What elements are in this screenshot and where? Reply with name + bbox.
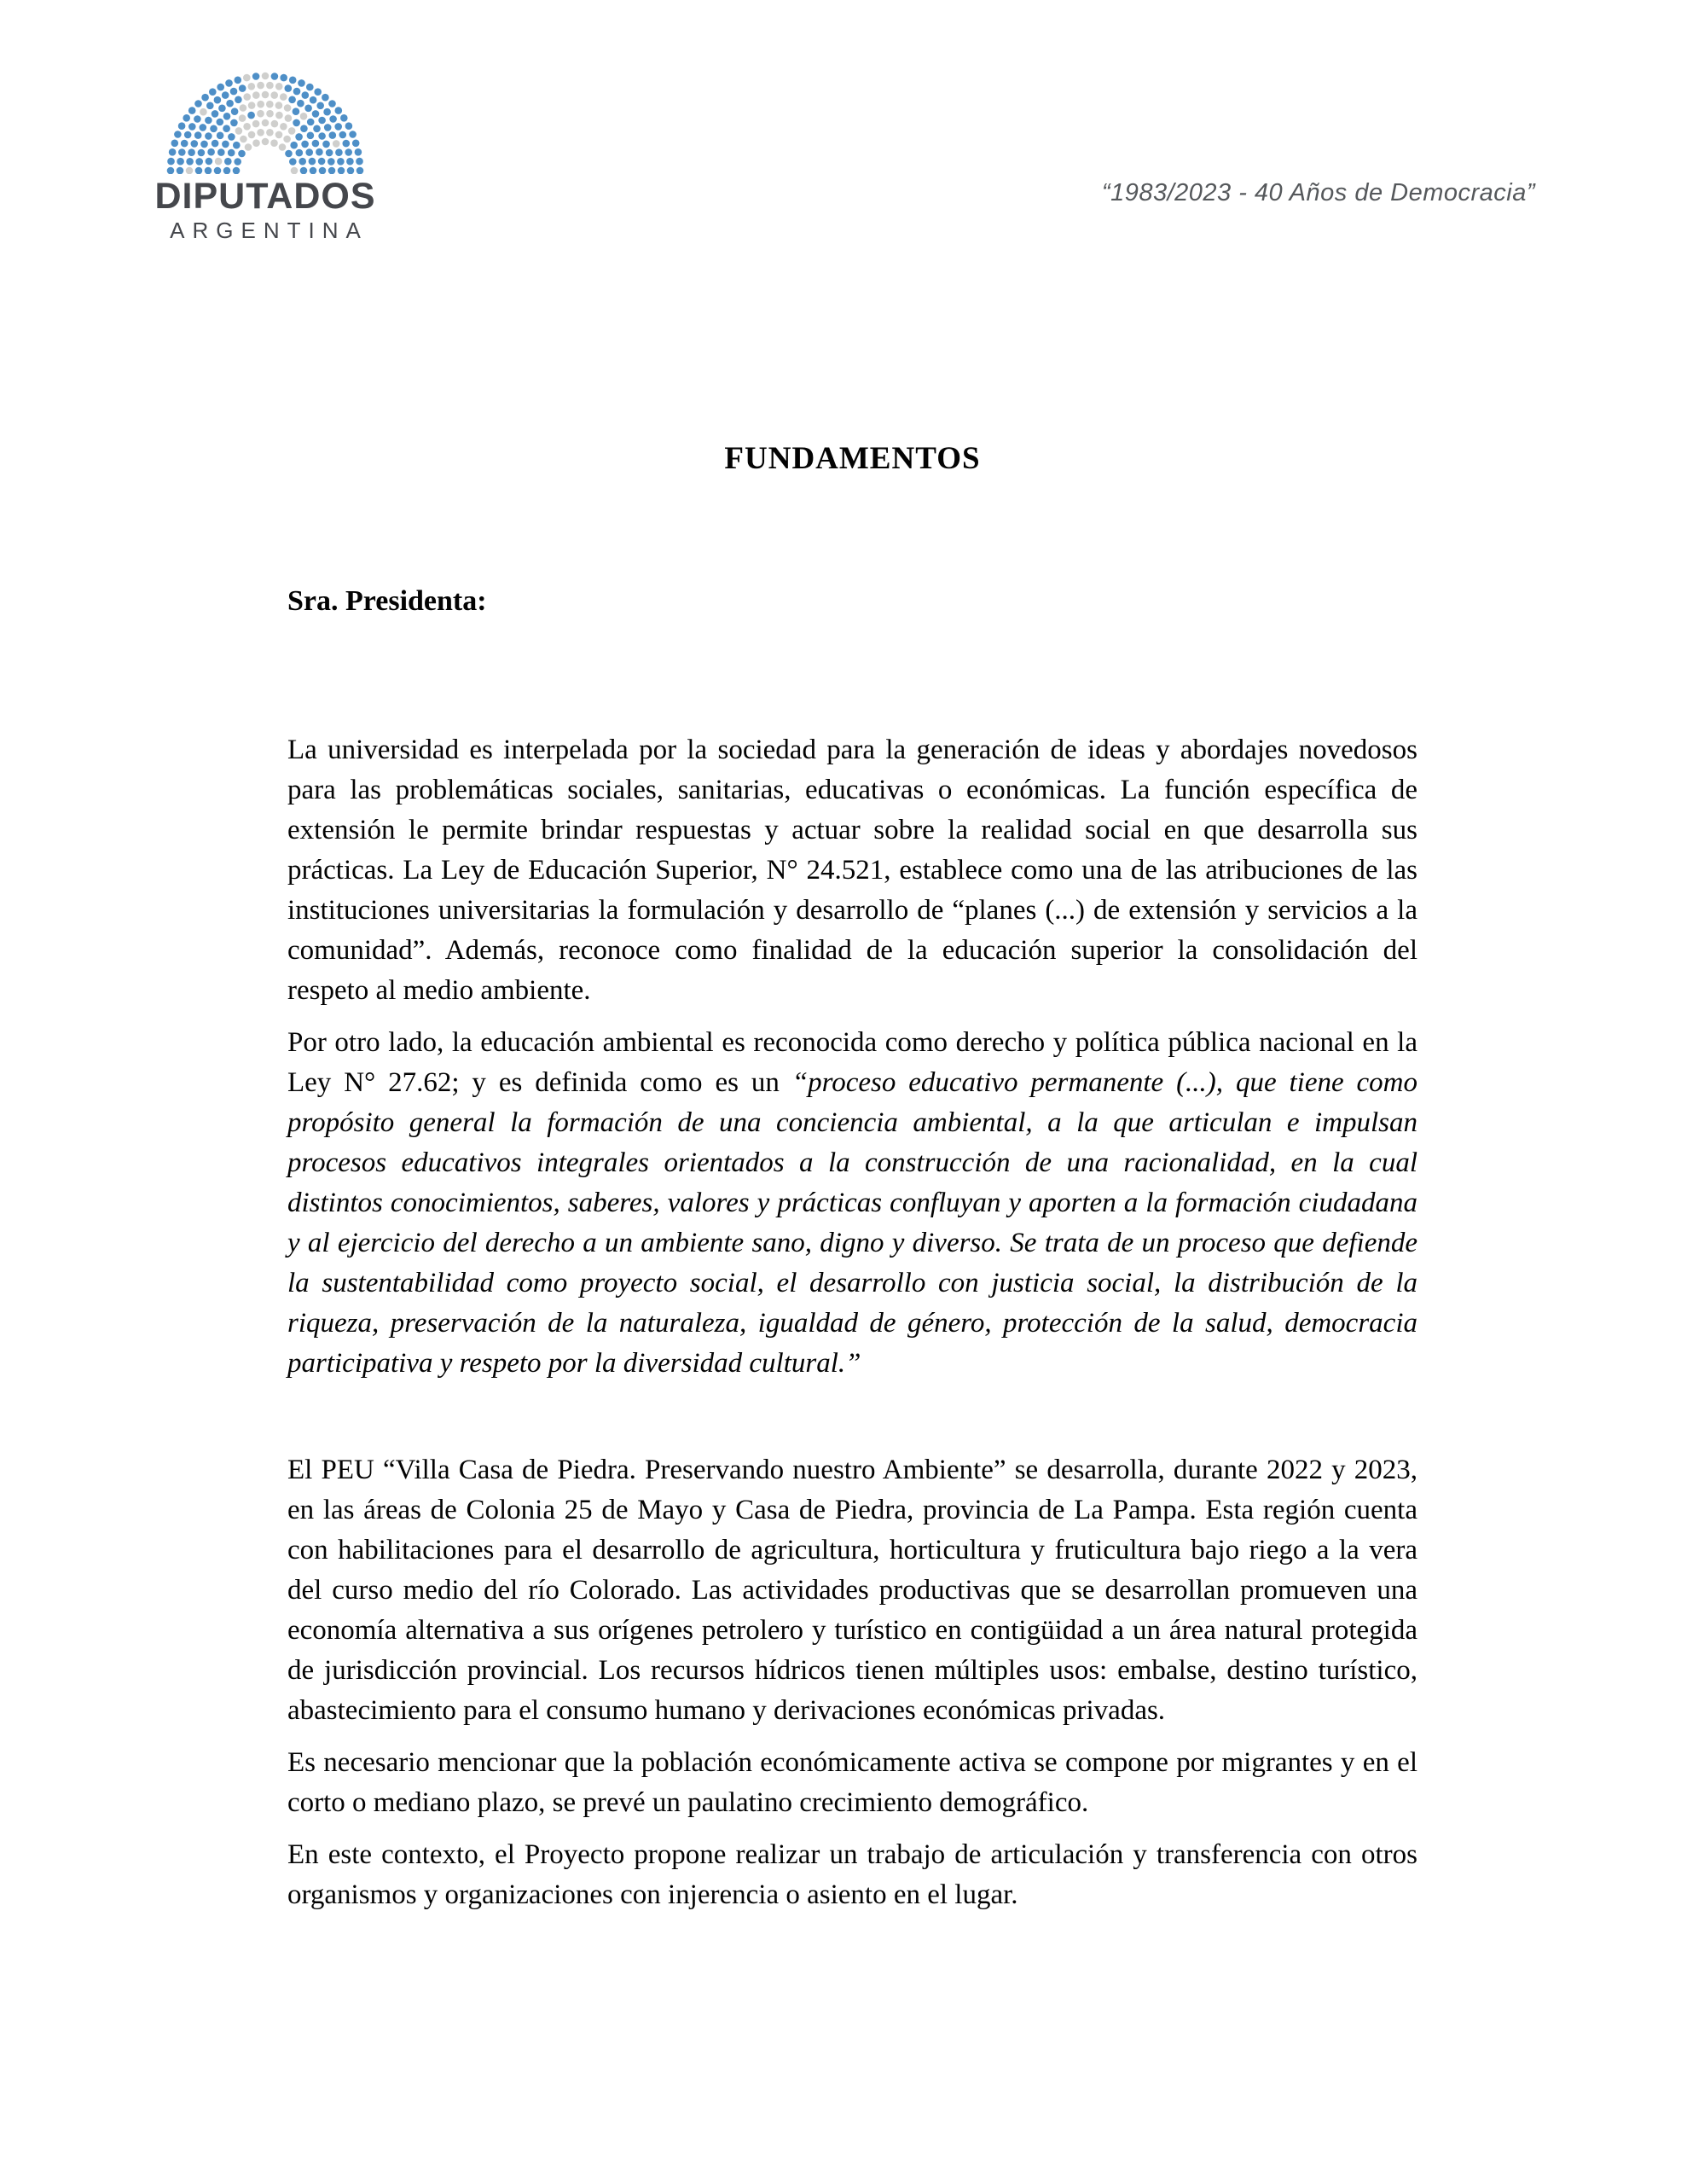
logo-title: DIPUTADOS	[135, 177, 396, 216]
paragraph: La universidad es interpelada por la soc…	[287, 730, 1417, 1011]
logo-subtitle: ARGENTINA	[135, 219, 396, 241]
document-page: DIPUTADOS ARGENTINA “1983/2023 - 40 Años…	[0, 0, 1687, 2184]
document-body: La universidad es interpelada por la soc…	[287, 730, 1417, 1927]
paragraph: El PEU “Villa Casa de Piedra. Preservand…	[287, 1450, 1417, 1731]
paragraph-quote-italic: “proceso educativo permanente (...), que…	[287, 1067, 1417, 1379]
paragraph: Por otro lado, la educación ambiental es…	[287, 1023, 1417, 1384]
header-motto: “1983/2023 - 40 Años de Democracia”	[1102, 179, 1535, 207]
hemicycle-dots-icon	[166, 70, 364, 174]
paragraph-text: Es necesario mencionar que la población …	[287, 1747, 1417, 1818]
paragraph-text: El PEU “Villa Casa de Piedra. Preservand…	[287, 1455, 1417, 1726]
paragraph-text: En este contexto, el Proyecto propone re…	[287, 1839, 1417, 1910]
diputados-logo: DIPUTADOS ARGENTINA	[135, 70, 396, 241]
paragraph: Es necesario mencionar que la población …	[287, 1743, 1417, 1823]
salutation: Sra. Presidenta:	[287, 585, 487, 618]
paragraph-text: La universidad es interpelada por la soc…	[287, 735, 1417, 1006]
paragraph: En este contexto, el Proyecto propone re…	[287, 1835, 1417, 1915]
page-title: FUNDAMENTOS	[287, 440, 1417, 477]
